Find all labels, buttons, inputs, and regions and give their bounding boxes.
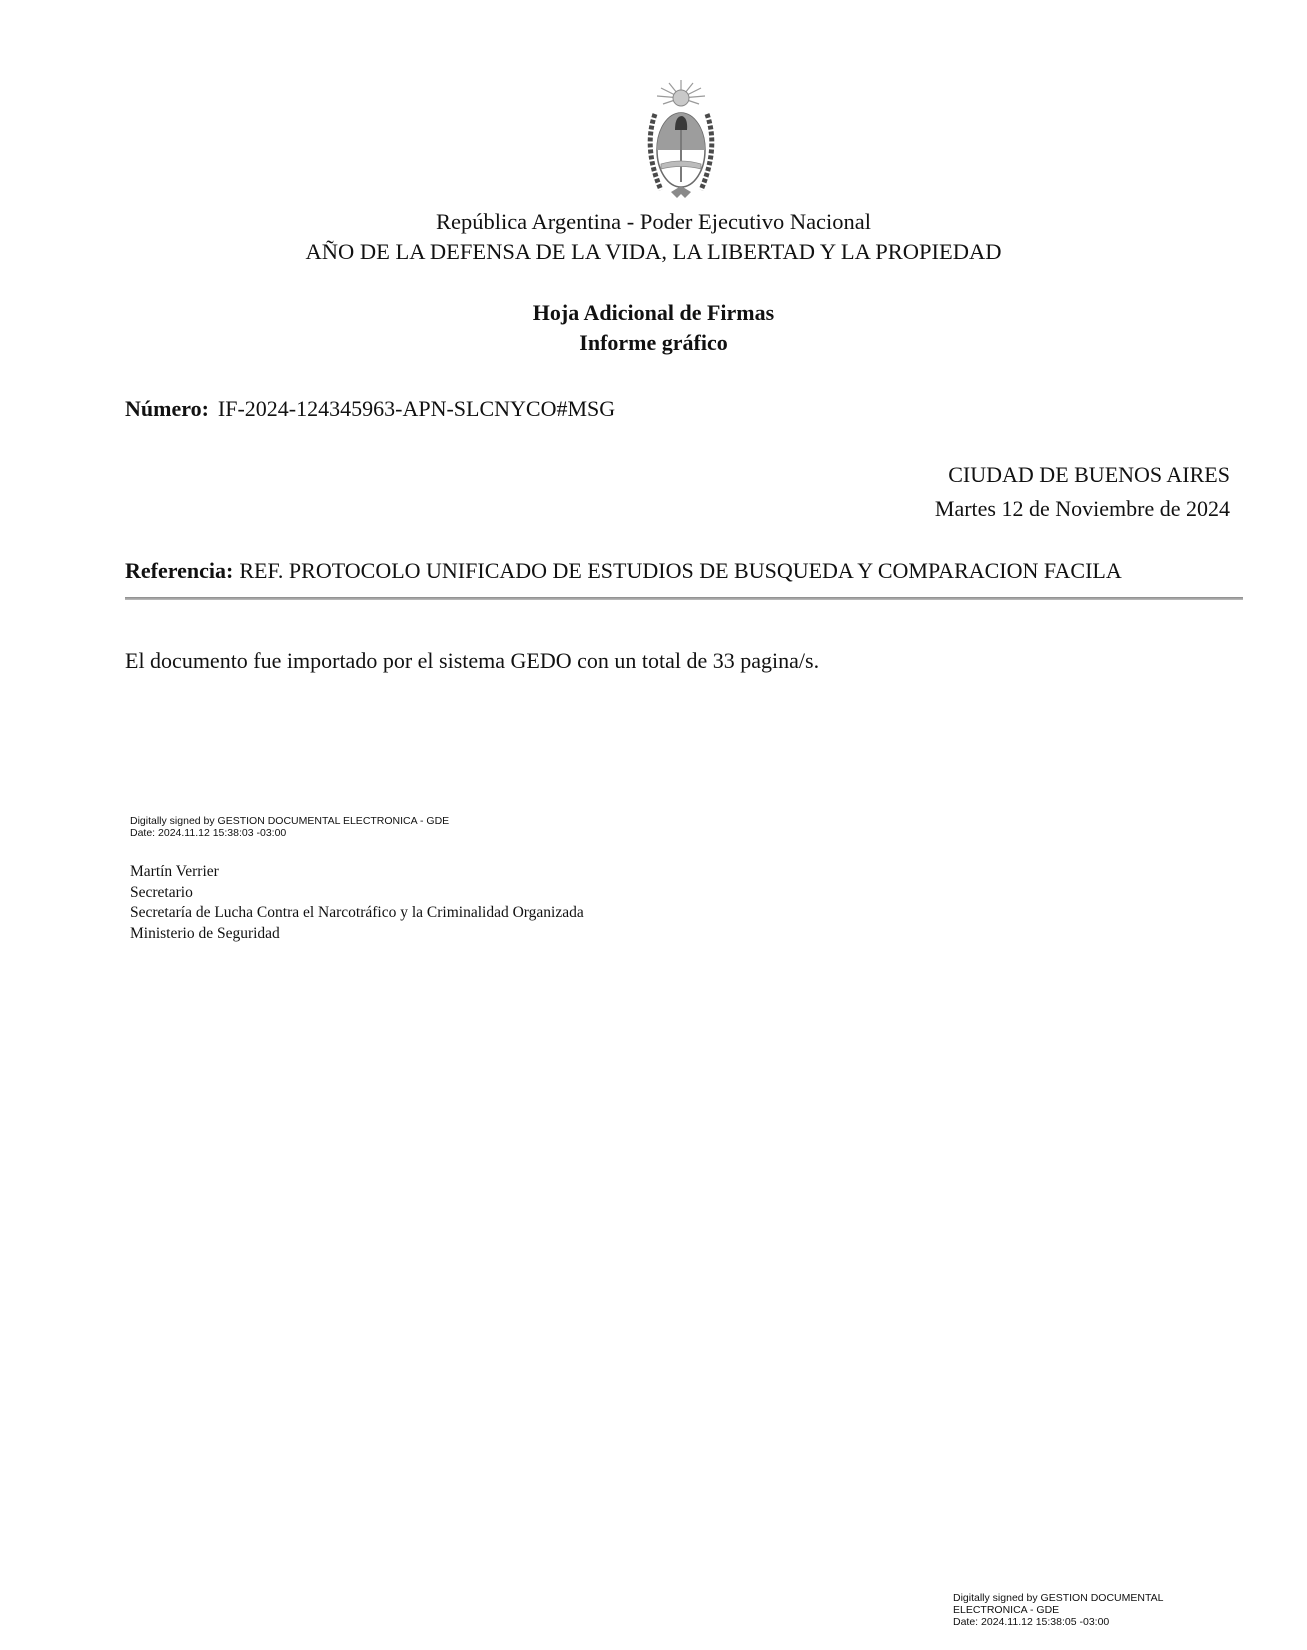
- argentina-coat-of-arms-icon: [641, 78, 721, 208]
- document-reference: Referencia:REF. PROTOCOLO UNIFICADO DE E…: [125, 558, 1122, 584]
- signer-ministry: Ministerio de Seguridad: [130, 924, 584, 945]
- signer-name: Martín Verrier: [130, 862, 584, 883]
- year-motto: AÑO DE LA DEFENSA DE LA VIDA, LA LIBERTA…: [0, 238, 1307, 266]
- digital-signature-stamp-footer: Digitally signed by GESTION DOCUMENTAL E…: [953, 1592, 1163, 1628]
- signature-signed-by: Digitally signed by GESTION DOCUMENTAL: [953, 1592, 1163, 1604]
- document-date: Martes 12 de Noviembre de 2024: [935, 496, 1230, 522]
- signer-block: Martín Verrier Secretario Secretaría de …: [130, 862, 584, 944]
- reference-value: REF. PROTOCOLO UNIFICADO DE ESTUDIOS DE …: [239, 558, 1121, 583]
- document-number-label: Número:: [125, 396, 209, 421]
- digital-signature-stamp: Digitally signed by GESTION DOCUMENTAL E…: [130, 815, 449, 839]
- signature-date: Date: 2024.11.12 15:38:03 -03:00: [130, 827, 449, 839]
- signer-office: Secretaría de Lucha Contra el Narcotráfi…: [130, 903, 584, 924]
- signer-position: Secretario: [130, 883, 584, 904]
- document-title: Hoja Adicional de Firmas: [0, 299, 1307, 327]
- document-body: El documento fue importado por el sistem…: [125, 648, 819, 674]
- government-header: República Argentina - Poder Ejecutivo Na…: [0, 208, 1307, 236]
- document-subtitle: Informe gráfico: [0, 329, 1307, 357]
- signature-signed-by-cont: ELECTRONICA - GDE: [953, 1604, 1163, 1616]
- document-city: CIUDAD DE BUENOS AIRES: [948, 462, 1230, 488]
- document-number: Número:IF-2024-124345963-APN-SLCNYCO#MSG: [125, 396, 615, 422]
- signature-date: Date: 2024.11.12 15:38:05 -03:00: [953, 1616, 1163, 1628]
- signature-signed-by: Digitally signed by GESTION DOCUMENTAL E…: [130, 815, 449, 827]
- horizontal-divider: [125, 597, 1243, 600]
- reference-label: Referencia:: [125, 558, 233, 583]
- document-number-value: IF-2024-124345963-APN-SLCNYCO#MSG: [218, 396, 615, 421]
